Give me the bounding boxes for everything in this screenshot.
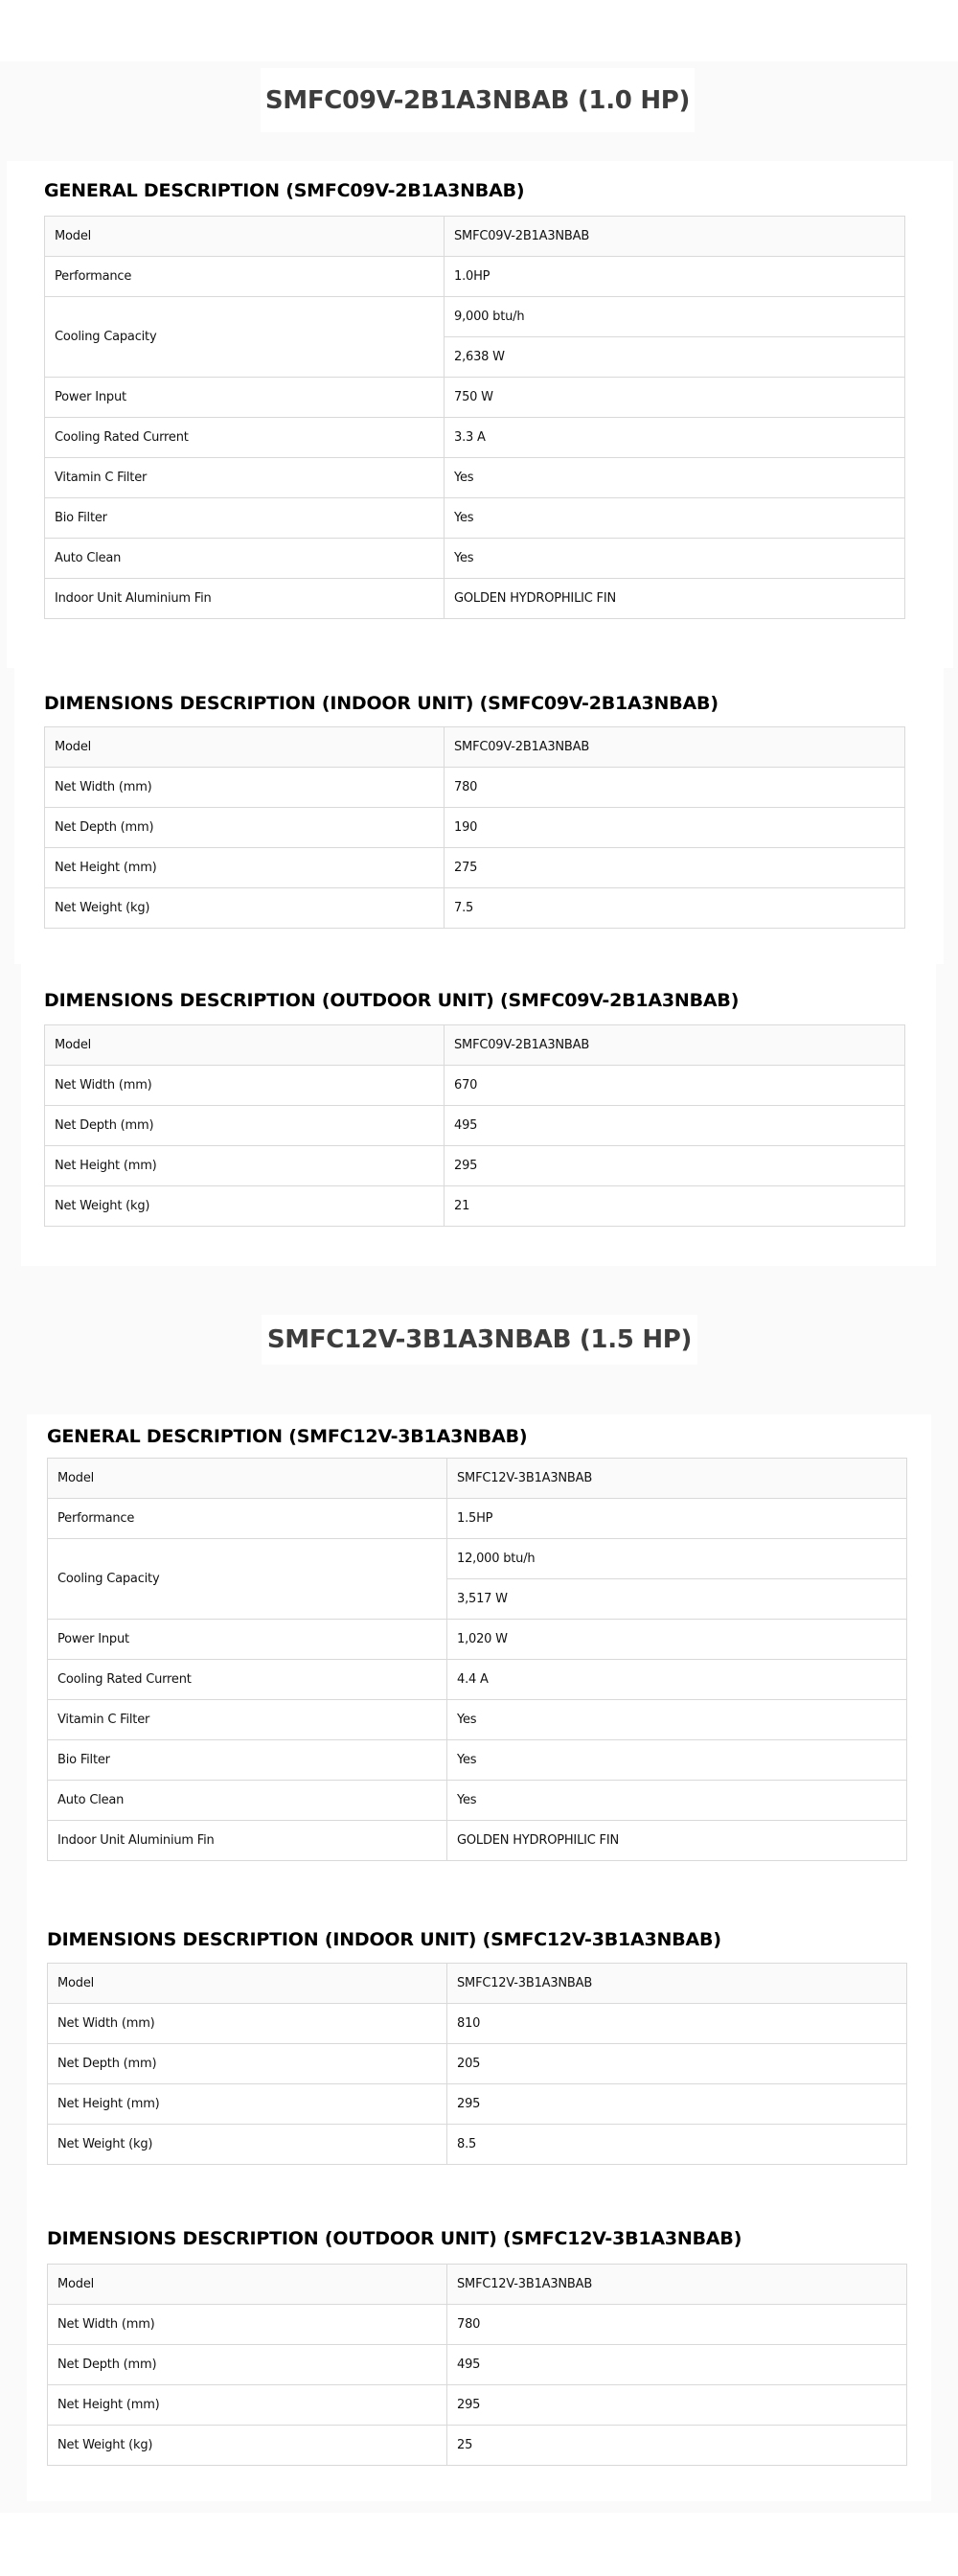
table-row: Net Height (mm)295 (48, 2385, 907, 2426)
table-row: Net Depth (mm)205 (48, 2044, 907, 2084)
spec-value: SMFC09V-2B1A3NBAB (445, 217, 905, 257)
spec-value: 4.4 A (447, 1660, 907, 1700)
spec-value: 780 (447, 2305, 907, 2345)
spec-value: Yes (447, 1781, 907, 1821)
table-row: Net Weight (kg)8.5 (48, 2125, 907, 2165)
table-row: Net Depth (mm)495 (45, 1106, 905, 1146)
spec-label: Auto Clean (45, 539, 445, 579)
spec-label: Bio Filter (48, 1740, 447, 1781)
table-row: Net Weight (kg)21 (45, 1186, 905, 1227)
spec-value: Yes (445, 458, 905, 498)
table-row: Net Height (mm)295 (48, 2084, 907, 2125)
spec-value: 205 (447, 2044, 907, 2084)
spec-label: Cooling Rated Current (45, 418, 445, 458)
table-row: Performance1.5HP (48, 1499, 907, 1539)
general-description-card: GENERAL DESCRIPTION (SMFC09V-2B1A3NBAB) … (7, 161, 953, 668)
spec-value: 495 (447, 2345, 907, 2385)
spec-label: Power Input (45, 378, 445, 418)
table-row: Net Depth (mm)190 (45, 808, 905, 848)
table-row: ModelSMFC09V-2B1A3NBAB (45, 217, 905, 257)
spec-label: Vitamin C Filter (48, 1700, 447, 1740)
section-heading: GENERAL DESCRIPTION (SMFC09V-2B1A3NBAB) (44, 180, 524, 201)
table-row: Cooling Rated Current4.4 A (48, 1660, 907, 1700)
spec-label: Net Weight (kg) (48, 2125, 447, 2165)
spec-label: Cooling Rated Current (48, 1660, 447, 1700)
spec-label: Auto Clean (48, 1781, 447, 1821)
spec-label: Model (48, 1964, 447, 2004)
spec-value: GOLDEN HYDROPHILIC FIN (445, 579, 905, 619)
product-title: SMFC12V-3B1A3NBAB (1.5 HP) (262, 1315, 697, 1365)
spec-label: Net Width (mm) (45, 768, 445, 808)
section-heading: GENERAL DESCRIPTION (SMFC12V-3B1A3NBAB) (47, 1426, 527, 1447)
spec-value: 2,638 W (445, 337, 905, 378)
table-row: Bio FilterYes (48, 1740, 907, 1781)
spec-value: 810 (447, 2004, 907, 2044)
spec-label: Net Weight (kg) (45, 888, 445, 929)
table-row: ModelSMFC09V-2B1A3NBAB (45, 1025, 905, 1066)
product-title: SMFC09V-2B1A3NBAB (1.0 HP) (261, 68, 695, 132)
spec-value: Yes (447, 1700, 907, 1740)
spec-value: 3.3 A (445, 418, 905, 458)
table-row: Auto CleanYes (48, 1781, 907, 1821)
table-row: ModelSMFC12V-3B1A3NBAB (48, 2265, 907, 2305)
spec-label: Net Weight (kg) (45, 1186, 445, 1227)
spec-value: 1.5HP (447, 1499, 907, 1539)
spec-label: Power Input (48, 1620, 447, 1660)
table-row: ModelSMFC09V-2B1A3NBAB (45, 727, 905, 768)
indoor-dimensions-card: DIMENSIONS DESCRIPTION (INDOOR UNIT) (SM… (14, 668, 944, 964)
spec-label: Model (48, 1459, 447, 1499)
section-heading: DIMENSIONS DESCRIPTION (OUTDOOR UNIT) (S… (47, 2228, 741, 2249)
table-row: Bio FilterYes (45, 498, 905, 539)
spec-value: 8.5 (447, 2125, 907, 2165)
spec-value: 750 W (445, 378, 905, 418)
spec-table: ModelSMFC09V-2B1A3NBABNet Width (mm)780N… (44, 726, 905, 929)
spec-label: Net Height (mm) (48, 2385, 447, 2426)
spec-table: ModelSMFC12V-3B1A3NBABNet Width (mm)810N… (47, 1963, 907, 2165)
table-row: Net Width (mm)780 (45, 768, 905, 808)
spec-value: SMFC09V-2B1A3NBAB (445, 727, 905, 768)
table-row: Net Width (mm)670 (45, 1066, 905, 1106)
table-row: Net Depth (mm)495 (48, 2345, 907, 2385)
table-row: Cooling Capacity12,000 btu/h (48, 1539, 907, 1579)
spec-label: Net Height (mm) (48, 2084, 447, 2125)
spec-value: SMFC12V-3B1A3NBAB (447, 2265, 907, 2305)
spec-value: 9,000 btu/h (445, 297, 905, 337)
spec-label: Model (45, 1025, 445, 1066)
spec-value: SMFC12V-3B1A3NBAB (447, 1459, 907, 1499)
spec-value: 12,000 btu/h (447, 1539, 907, 1579)
outdoor-dimensions-card: DIMENSIONS DESCRIPTION (OUTDOOR UNIT) (S… (27, 2200, 931, 2501)
table-row: Net Width (mm)780 (48, 2305, 907, 2345)
table-row: Net Weight (kg)25 (48, 2426, 907, 2466)
table-row: ModelSMFC12V-3B1A3NBAB (48, 1964, 907, 2004)
table-row: Power Input750 W (45, 378, 905, 418)
spec-label: Cooling Capacity (48, 1539, 447, 1620)
section-heading: DIMENSIONS DESCRIPTION (INDOOR UNIT) (SM… (44, 693, 718, 714)
table-row: ModelSMFC12V-3B1A3NBAB (48, 1459, 907, 1499)
spec-label: Cooling Capacity (45, 297, 445, 378)
spec-value: 295 (445, 1146, 905, 1186)
spec-value: 1,020 W (447, 1620, 907, 1660)
spec-value: 295 (447, 2084, 907, 2125)
spec-value: 780 (445, 768, 905, 808)
table-row: Indoor Unit Aluminium FinGOLDEN HYDROPHI… (48, 1821, 907, 1861)
spec-value: 25 (447, 2426, 907, 2466)
table-row: Vitamin C FilterYes (48, 1700, 907, 1740)
table-row: Net Width (mm)810 (48, 2004, 907, 2044)
spec-value: 295 (447, 2385, 907, 2426)
table-row: Indoor Unit Aluminium FinGOLDEN HYDROPHI… (45, 579, 905, 619)
spec-label: Indoor Unit Aluminium Fin (45, 579, 445, 619)
spec-label: Net Width (mm) (45, 1066, 445, 1106)
table-row: Auto CleanYes (45, 539, 905, 579)
table-row: Cooling Capacity9,000 btu/h (45, 297, 905, 337)
spec-value: 21 (445, 1186, 905, 1227)
spec-value: 7.5 (445, 888, 905, 929)
table-row: Cooling Rated Current3.3 A (45, 418, 905, 458)
spec-label: Model (45, 727, 445, 768)
spec-table: ModelSMFC09V-2B1A3NBABNet Width (mm)670N… (44, 1024, 905, 1227)
spec-label: Net Height (mm) (45, 1146, 445, 1186)
spec-label: Net Weight (kg) (48, 2426, 447, 2466)
spec-label: Indoor Unit Aluminium Fin (48, 1821, 447, 1861)
spec-value: SMFC09V-2B1A3NBAB (445, 1025, 905, 1066)
spec-table: ModelSMFC12V-3B1A3NBABPerformance1.5HPCo… (47, 1458, 907, 1861)
spec-table: ModelSMFC09V-2B1A3NBABPerformance1.0HPCo… (44, 216, 905, 619)
spec-value: 3,517 W (447, 1579, 907, 1620)
spec-label: Net Depth (mm) (48, 2345, 447, 2385)
spec-label: Bio Filter (45, 498, 445, 539)
spec-label: Performance (45, 257, 445, 297)
outdoor-dimensions-card: DIMENSIONS DESCRIPTION (OUTDOOR UNIT) (S… (21, 964, 936, 1266)
spec-value: Yes (447, 1740, 907, 1781)
spec-label: Vitamin C Filter (45, 458, 445, 498)
spec-label: Net Width (mm) (48, 2305, 447, 2345)
section-heading: DIMENSIONS DESCRIPTION (INDOOR UNIT) (SM… (47, 1929, 721, 1950)
spec-label: Net Depth (mm) (45, 808, 445, 848)
spec-label: Net Depth (mm) (45, 1106, 445, 1146)
table-row: Net Height (mm)275 (45, 848, 905, 888)
spec-value: 495 (445, 1106, 905, 1146)
table-row: Power Input1,020 W (48, 1620, 907, 1660)
spec-value: 670 (445, 1066, 905, 1106)
spec-label: Performance (48, 1499, 447, 1539)
spec-value: GOLDEN HYDROPHILIC FIN (447, 1821, 907, 1861)
spec-value: 275 (445, 848, 905, 888)
spec-label: Net Height (mm) (45, 848, 445, 888)
table-row: Net Height (mm)295 (45, 1146, 905, 1186)
spec-label: Model (48, 2265, 447, 2305)
general-description-card: GENERAL DESCRIPTION (SMFC12V-3B1A3NBAB) … (27, 1414, 931, 1913)
table-row: Vitamin C FilterYes (45, 458, 905, 498)
table-row: Net Weight (kg)7.5 (45, 888, 905, 929)
spec-label: Net Depth (mm) (48, 2044, 447, 2084)
table-row: Performance1.0HP (45, 257, 905, 297)
spec-value: 190 (445, 808, 905, 848)
spec-label: Net Width (mm) (48, 2004, 447, 2044)
spec-value: Yes (445, 539, 905, 579)
indoor-dimensions-card: DIMENSIONS DESCRIPTION (INDOOR UNIT) (SM… (27, 1913, 931, 2200)
section-heading: DIMENSIONS DESCRIPTION (OUTDOOR UNIT) (S… (44, 990, 739, 1011)
spec-label: Model (45, 217, 445, 257)
spec-value: 1.0HP (445, 257, 905, 297)
spec-value: Yes (445, 498, 905, 539)
spec-value: SMFC12V-3B1A3NBAB (447, 1964, 907, 2004)
spec-table: ModelSMFC12V-3B1A3NBABNet Width (mm)780N… (47, 2264, 907, 2466)
